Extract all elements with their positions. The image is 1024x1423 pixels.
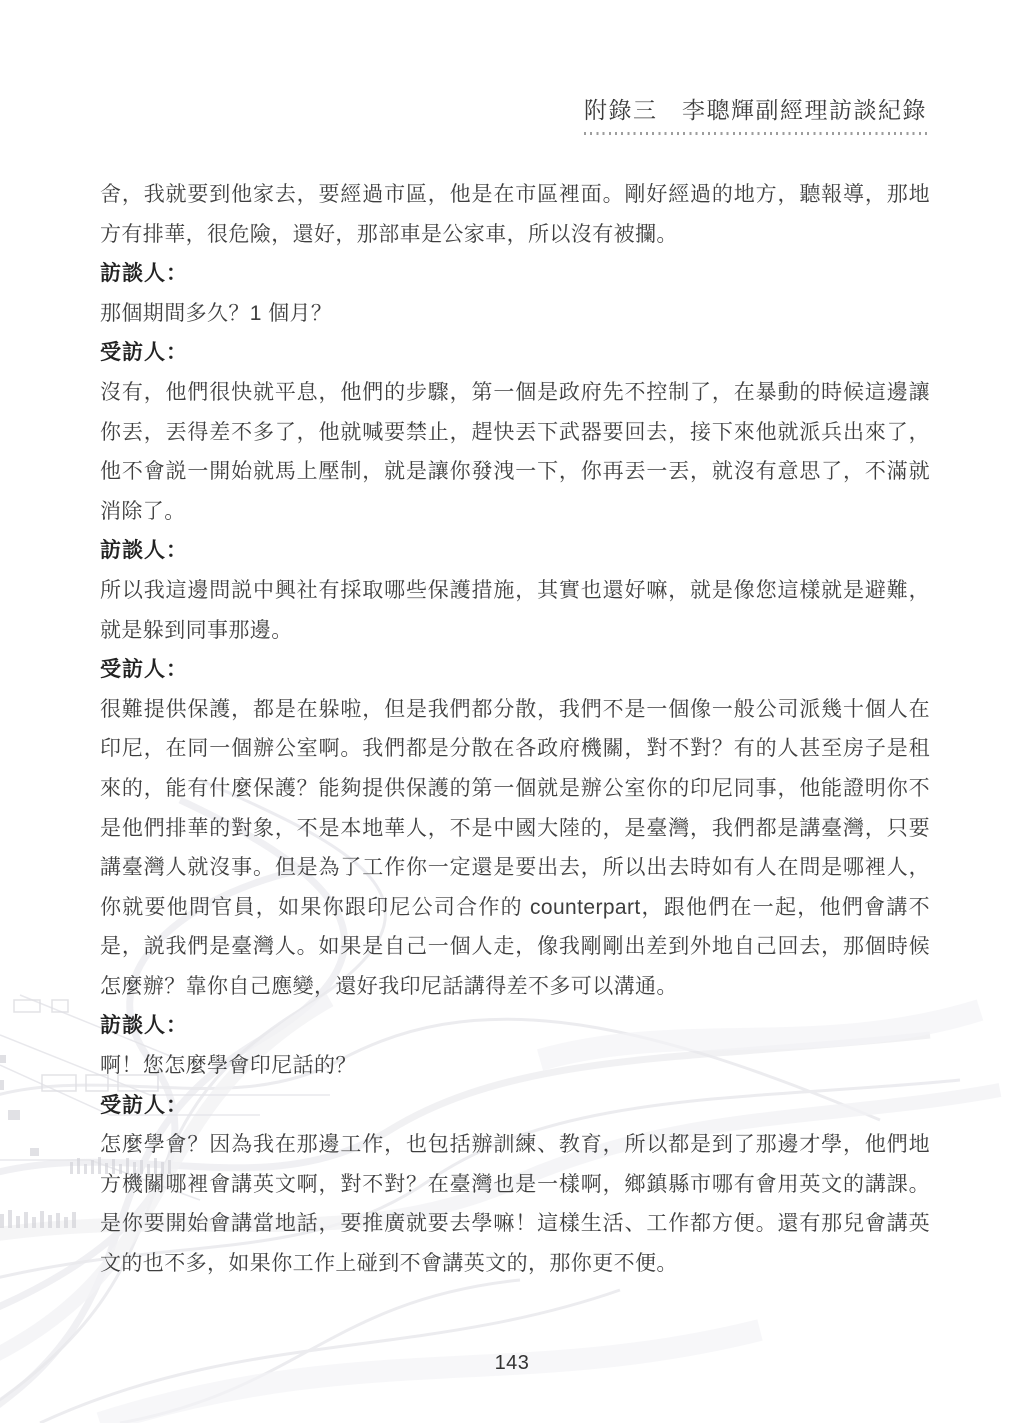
speaker-label: 訪談人：	[100, 1006, 930, 1046]
transcript-paragraph: 很難提供保護，都是在躲啦，但是我們都分散，我們不是一個像一般公司派幾十個人在印尼…	[100, 690, 930, 1007]
transcript-paragraph: 那個期間多久？1 個月？	[100, 294, 930, 334]
speaker-label: 受訪人：	[100, 1086, 930, 1126]
transcript-paragraph: 怎麼學會？因為我在那邊工作，也包括辦訓練、教育，所以都是到了那邊才學，他們地方機…	[100, 1125, 930, 1283]
transcript: 舍，我就要到他家去，要經過市區，他是在市區裡面。剛好經過的地方，聽報導，那地方有…	[100, 175, 930, 1284]
transcript-paragraph: 所以我這邊問説中興社有採取哪些保護措施，其實也還好嘛，就是像您這樣就是避難，就是…	[100, 571, 930, 650]
transcript-paragraph: 沒有，他們很快就平息，他們的步驟，第一個是政府先不控制了，在暴動的時候這邊讓你丟…	[100, 373, 930, 531]
page-header: 附錄三 李聰輝副經理訪談紀錄	[584, 92, 927, 135]
page-header-title: 附錄三 李聰輝副經理訪談紀錄	[584, 92, 927, 125]
speaker-label: 訪談人：	[100, 254, 930, 294]
speaker-label: 訪談人：	[100, 531, 930, 571]
transcript-paragraph: 啊！您怎麼學會印尼話的？	[100, 1046, 930, 1086]
speaker-label: 受訪人：	[100, 333, 930, 373]
header-dotted-rule	[584, 132, 927, 135]
page-footer: 143	[0, 1352, 1024, 1375]
document-page: 附錄三 李聰輝副經理訪談紀錄 舍，我就要到他家去，要經過市區，他是在市區裡面。剛…	[0, 0, 1024, 1423]
page-number: 143	[495, 1352, 530, 1374]
transcript-paragraph: 舍，我就要到他家去，要經過市區，他是在市區裡面。剛好經過的地方，聽報導，那地方有…	[100, 175, 930, 254]
speaker-label: 受訪人：	[100, 650, 930, 690]
